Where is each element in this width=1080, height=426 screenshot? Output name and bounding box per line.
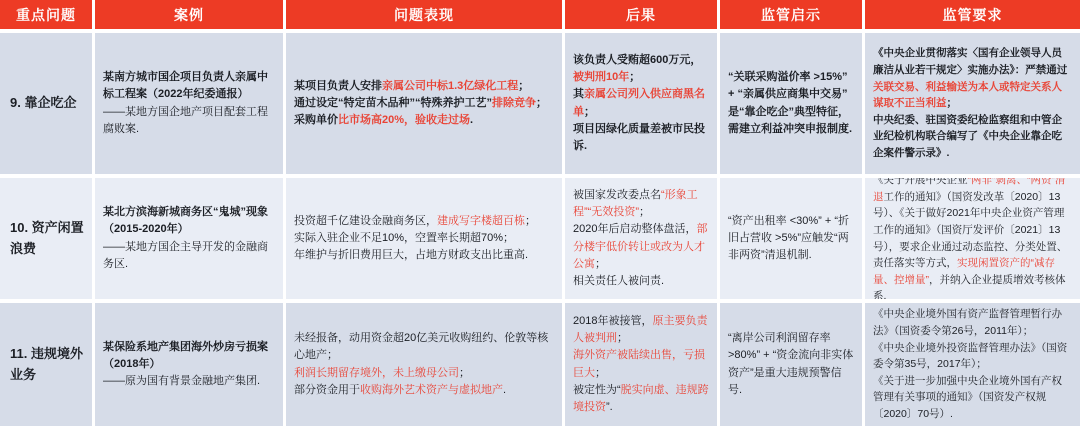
text: “离岸公司利润留存率 >80%” + “资金流向非实体资产”是重大违规预警信号. <box>728 332 853 395</box>
cell-manifestation: 投资超千亿建设金融商务区，建成写字楼超百栋； 实际入驻企业不足10%，空置率长期… <box>286 178 562 299</box>
cell-case: 某保险系地产集团海外炒房亏损案 （2018年） ——原为国有背景金融地产集团. <box>95 303 283 426</box>
cell-key-issue: 10. 资产闲置浪费 <box>0 178 92 299</box>
cell-key-issue: 9. 靠企吃企 <box>0 33 92 174</box>
text: 投资超千亿建设金融商务区， <box>294 215 437 227</box>
text: 该负责人受贿超600万元， <box>573 54 701 66</box>
highlighted-text: 海外资产被陆续出售，亏损巨大 <box>573 349 705 378</box>
text: 未经报备，动用资金超20亿美元收购纽约、伦敦等核心地产； <box>294 332 548 361</box>
cell-consequence: 2018年被接管，原主要负责人被判刑； 海外资产被陆续出售，亏损巨大； 被定性为… <box>565 303 717 426</box>
cell-consequence: 该负责人受贿超600万元，被判刑10年； 其亲属公司列入供应商黑名单； 项目因绿… <box>565 33 717 174</box>
highlighted-text: 比市场高20%，验收走过场 <box>338 114 470 126</box>
text: . <box>470 114 473 126</box>
table-row: 11. 违规境外业务某保险系地产集团海外炒房亏损案 （2018年） ——原为国有… <box>0 303 1080 426</box>
cell-text: 某保险系地产集团海外炒房亏损案 （2018年） ——原为国有背景金融地产集团. <box>103 339 275 390</box>
cell-text: 9. 靠企吃企 <box>10 93 84 113</box>
cell-text: 《关于开展中央企业“两非”剥离、“两资”清退工作的通知》（国资发改革〔2020〕… <box>873 178 1072 299</box>
cell-case: 某北方滨海新城商务区“鬼城”现象 （2015-2020年） ——某地方国企主导开… <box>95 178 283 299</box>
text: 10. 资产闲置浪费 <box>10 220 84 255</box>
cell-text: 未经报备，动用资金超20亿美元收购纽约、伦敦等核心地产； 利润长期留存境外，未上… <box>294 330 554 398</box>
cell-text: 《中央企业境外国有资产监督管理暂行办法》（国资委令第26号，2011年）； 《中… <box>873 306 1072 422</box>
cell-text: “离岸公司利润留存率 >80%” + “资金流向非实体资产”是重大违规预警信号. <box>728 330 854 398</box>
column-header-key-issue: 重点问题 <box>0 0 92 29</box>
cell-text: “关联采购溢价率 >15%” + “亲属供应商集中交易” 是“靠企吃企”典型特征… <box>728 69 854 137</box>
text: 9. 靠企吃企 <box>10 95 76 110</box>
text: ； 项目因绿化质量差被市民投诉. <box>573 106 705 152</box>
table-row: 9. 靠企吃企某南方城市国企项目负责人亲属中标工程案（2022年纪委通报） ——… <box>0 33 1080 174</box>
cell-text: 10. 资产闲置浪费 <box>10 218 84 258</box>
text: 被国家发改委点名 <box>573 189 661 201</box>
column-header-insight: 监管启示 <box>720 0 862 29</box>
cell-manifestation: 未经报备，动用资金超20亿美元收购纽约、伦敦等核心地产； 利润长期留存境外，未上… <box>286 303 562 426</box>
highlighted-text: 建成写字楼超百栋 <box>437 215 525 227</box>
column-header-requirement: 监管要求 <box>865 0 1080 29</box>
text: 2018年被接管， <box>573 315 652 327</box>
text: ——某地方国企地产项目配套工程腐败案. <box>103 106 268 135</box>
column-header-consequence: 后果 <box>565 0 717 29</box>
cell-insight: “资产出租率 <30%” + “折旧占营收 >5%”应触发“两非两资”清退机制. <box>720 178 862 299</box>
highlighted-text: 收购海外艺术资产与虚拟地产 <box>360 384 503 396</box>
cell-requirement: 《中央企业境外国有资产监督管理暂行办法》（国资委令第26号，2011年）； 《中… <box>865 303 1080 426</box>
text: 《关于开展中央企业 <box>873 178 968 186</box>
text: 某南方城市国企项目负责人亲属中标工程案（2022年纪委通报） <box>103 71 268 100</box>
cell-requirement: 《中央企业贯彻落实〈国有企业领导人员廉洁从业若干规定〉实施办法》：严禁通过关联交… <box>865 33 1080 174</box>
cell-text: 某北方滨海新城商务区“鬼城”现象 （2015-2020年） ——某地方国企主导开… <box>103 204 275 272</box>
cell-text: 某南方城市国企项目负责人亲属中标工程案（2022年纪委通报） ——某地方国企地产… <box>103 69 275 137</box>
highlighted-text: 被判刑10年 <box>573 71 629 83</box>
cell-case: 某南方城市国企项目负责人亲属中标工程案（2022年纪委通报） ——某地方国企地产… <box>95 33 283 174</box>
cell-text: 投资超千亿建设金融商务区，建成写字楼超百栋； 实际入驻企业不足10%，空置率长期… <box>294 213 554 264</box>
text: 《中央企业贯彻落实〈国有企业领导人员廉洁从业若干规定〉实施办法》：严禁通过 <box>873 47 1067 76</box>
column-header-manifestation: 问题表现 <box>286 0 562 29</box>
highlighted-text: 利润长期留存境外，未上缴母公司 <box>294 367 459 379</box>
text: 某项目负责人安排 <box>294 80 382 92</box>
cell-text: 2018年被接管，原主要负责人被判刑； 海外资产被陆续出售，亏损巨大； 被定性为… <box>573 313 709 415</box>
cell-text: 被国家发改委点名“形象工程”“无效投资”； 2020年后启动整体盘活，部分楼宇低… <box>573 187 709 289</box>
table-row: 10. 资产闲置浪费某北方滨海新城商务区“鬼城”现象 （2015-2020年） … <box>0 178 1080 299</box>
text: 《中央企业境外国有资产监督管理暂行办法》（国资委令第26号，2011年）； 《中… <box>873 308 1067 419</box>
cell-text: 《中央企业贯彻落实〈国有企业领导人员廉洁从业若干规定〉实施办法》：严禁通过关联交… <box>873 45 1072 161</box>
text: 11. 违规境外业务 <box>10 346 83 381</box>
text: 某保险系地产集团海外炒房亏损案 （2018年） <box>103 341 268 370</box>
text: . <box>503 384 506 396</box>
cell-text: 某项目负责人安排亲属公司中标1.3亿绿化工程； 通过设定“特定苗木品种”“特殊养… <box>294 78 554 129</box>
text: ——原为国有背景金融地产集团. <box>103 375 260 387</box>
soe-risk-table: 重点问题案例问题表现后果监管启示监管要求 9. 靠企吃企某南方城市国企项目负责人… <box>0 0 1080 426</box>
text: ； <box>617 332 628 344</box>
table-body: 9. 靠企吃企某南方城市国企项目负责人亲属中标工程案（2022年纪委通报） ——… <box>0 33 1080 426</box>
cell-insight: “离岸公司利润留存率 >80%” + “资金流向非实体资产”是重大违规预警信号. <box>720 303 862 426</box>
highlighted-text: 关联交易、利益输送为本人或特定关系人谋取不正当利益 <box>873 81 1062 110</box>
cell-text: “资产出租率 <30%” + “折旧占营收 >5%”应触发“两非两资”清退机制. <box>728 213 854 264</box>
text: “关联采购溢价率 >15%” + “亲属供应商集中交易” 是“靠企吃企”典型特征… <box>728 71 852 134</box>
cell-insight: “关联采购溢价率 >15%” + “亲属供应商集中交易” 是“靠企吃企”典型特征… <box>720 33 862 174</box>
cell-text: 该负责人受贿超600万元，被判刑10年； 其亲属公司列入供应商黑名单； 项目因绿… <box>573 52 709 154</box>
column-header-case: 案例 <box>95 0 283 29</box>
text: 某北方滨海新城商务区“鬼城”现象 （2015-2020年） <box>103 206 268 235</box>
text: ”. <box>606 401 613 413</box>
highlighted-text: 亲属公司中标1.3亿绿化工程 <box>382 80 518 92</box>
text: ——某地方国企主导开发的金融商务区. <box>103 241 268 270</box>
text: “资产出租率 <30%” + “折旧占营收 >5%”应触发“两非两资”清退机制. <box>728 215 849 261</box>
cell-manifestation: 某项目负责人安排亲属公司中标1.3亿绿化工程； 通过设定“特定苗木品种”“特殊养… <box>286 33 562 174</box>
cell-requirement: 《关于开展中央企业“两非”剥离、“两资”清退工作的通知》（国资发改革〔2020〕… <box>865 178 1080 299</box>
cell-text: 11. 违规境外业务 <box>10 344 84 384</box>
table-header: 重点问题案例问题表现后果监管启示监管要求 <box>0 0 1080 29</box>
highlighted-text: 排除竞争 <box>492 97 536 109</box>
cell-consequence: 被国家发改委点名“形象工程”“无效投资”； 2020年后启动整体盘活，部分楼宇低… <box>565 178 717 299</box>
cell-key-issue: 11. 违规境外业务 <box>0 303 92 426</box>
